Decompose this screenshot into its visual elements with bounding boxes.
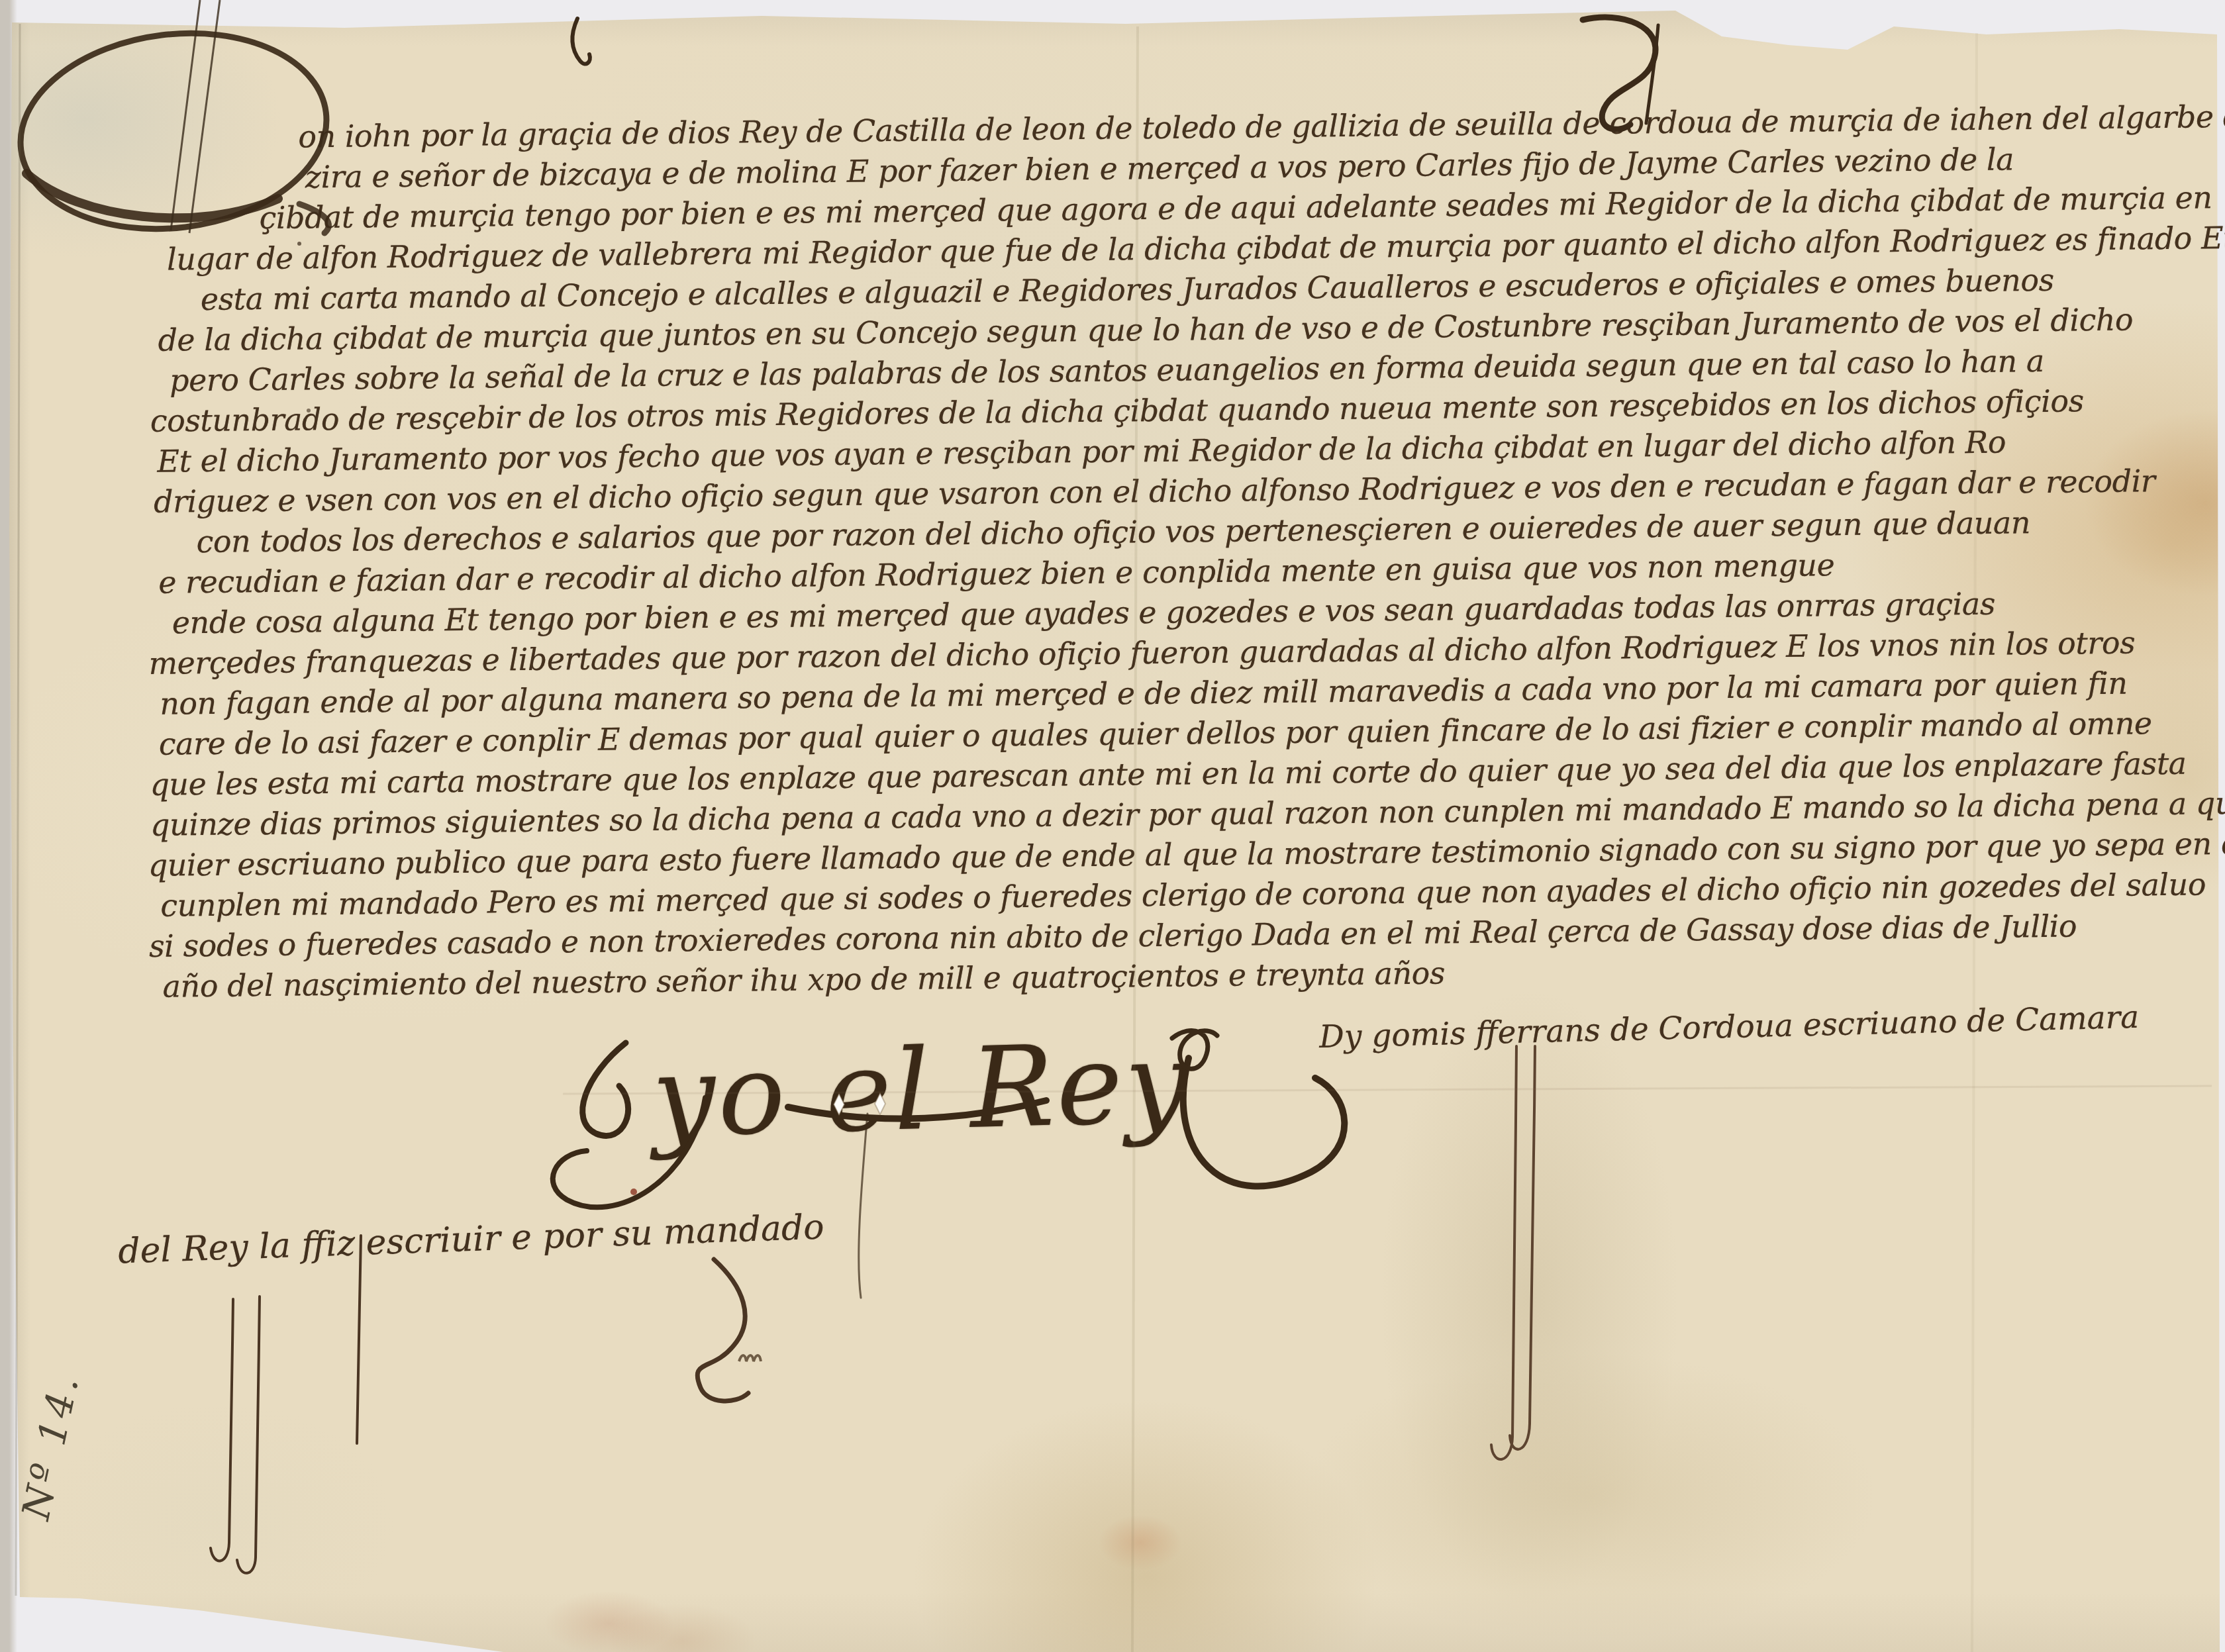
scanned-manuscript-page: { "manuscript": { "initial": "D", "body_… xyxy=(0,0,2225,1652)
royal-signature: yo el Rey xyxy=(650,1018,1192,1163)
manuscript-text-block: on iohn por la graçia de dios Rey de Cas… xyxy=(139,99,2225,1009)
